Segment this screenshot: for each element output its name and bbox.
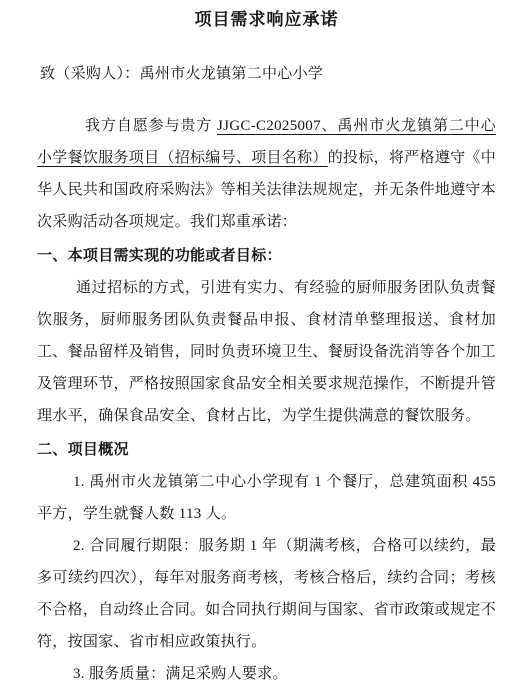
section2-item-2: 2. 合同履行期限：服务期 1 年（期满考核，合格可以续约，最多可续约四次），每… <box>37 530 496 658</box>
section2-item-1: 1. 禹州市火龙镇第二中心小学现有 1 个餐厅，总建筑面积 455 平方，学生就… <box>37 466 496 530</box>
document-page: { "doc": { "title": "项目需求响应承诺", "recipie… <box>0 0 531 685</box>
section1-heading: 一、本项目需实现的功能或者目标： <box>37 240 496 272</box>
intro-prefix: 我方自愿参与贵方 <box>85 118 217 134</box>
section2-item-3: 3. 服务质量：满足采购人要求。 <box>37 658 496 685</box>
recipient-line: 致（采购人）：禹州市火龙镇第二中心小学 <box>37 58 496 90</box>
document: 项目需求响应承诺 致（采购人）：禹州市火龙镇第二中心小学 我方自愿参与贵方 JJ… <box>0 0 531 685</box>
section2-heading: 二、项目概况 <box>37 434 496 466</box>
intro-paragraph: 我方自愿参与贵方 JJGC-C2025007、禹州市火龙镇第二中心小学餐饮服务项… <box>37 110 496 238</box>
section1-body: 通过招标的方式，引进有实力、有经验的厨师服务团队负责餐饮服务，厨师服务团队负责餐… <box>37 272 496 432</box>
page-title: 项目需求响应承诺 <box>37 8 496 32</box>
